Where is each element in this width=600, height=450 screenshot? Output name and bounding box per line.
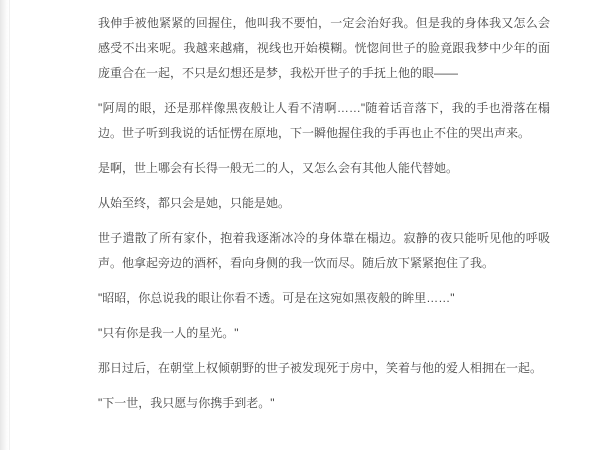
left-page-edge	[0, 0, 10, 450]
story-paragraph: "只有你是我一人的星光。"	[98, 321, 550, 346]
story-content: 我伸手被他紧紧的回握住，他叫我不要怕，一定会治好我。但是我的身体我又怎么会感受不…	[98, 11, 550, 426]
story-paragraph: 世子遣散了所有家仆，抱着我逐渐冰冷的身体靠在榻边。寂静的夜只能听见他的呼吸声。他…	[98, 226, 550, 276]
story-paragraph: "昭昭，你总说我的眼让你看不透。可是在这宛如黑夜般的眸里……"	[98, 286, 550, 311]
story-paragraph: 那日过后，在朝堂上权倾朝野的世子被发现死于房中，笑着与他的爱人相拥在一起。	[98, 356, 550, 381]
story-paragraph: "下一世，我只愿与你携手到老。"	[98, 391, 550, 416]
story-paragraph: "阿周的眼，还是那样像黑夜般让人看不清啊……"随着话音落下，我的手也滑落在榻边。…	[98, 96, 550, 146]
reader-page: 我伸手被他紧紧的回握住，他叫我不要怕，一定会治好我。但是我的身体我又怎么会感受不…	[0, 0, 600, 450]
story-paragraph: 是啊，世上哪会有长得一般无二的人，又怎么会有其他人能代替她。	[98, 156, 550, 181]
story-paragraph: 我伸手被他紧紧的回握住，他叫我不要怕，一定会治好我。但是我的身体我又怎么会感受不…	[98, 11, 550, 86]
story-paragraph: 从始至终，都只会是她，只能是她。	[98, 191, 550, 216]
